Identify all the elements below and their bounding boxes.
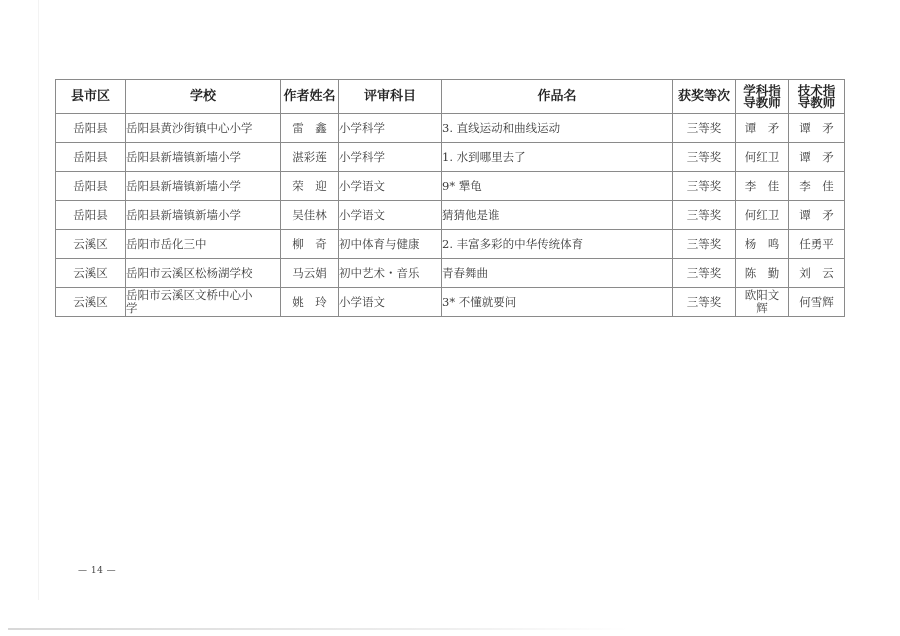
cell-author: 湛彩莲 — [281, 143, 339, 172]
header-school: 学校 — [126, 80, 281, 114]
cell-subject: 小学科学 — [339, 114, 442, 143]
header-tech-teacher: 技术指导教师 — [789, 80, 845, 114]
cell-author: 柳 奇 — [281, 230, 339, 259]
cell-author: 荣 迎 — [281, 172, 339, 201]
cell-tech-teacher: 任勇平 — [789, 230, 845, 259]
cell-work: 青春舞曲 — [442, 259, 673, 288]
cell-tech-teacher: 何雪辉 — [789, 288, 845, 317]
awards-table: 县市区 学校 作者姓名 评审科目 作品名 获奖等次 学科指导教师 技术指导教师 … — [55, 79, 845, 317]
cell-tech-teacher: 谭 矛 — [789, 114, 845, 143]
cell-tech-teacher: 谭 矛 — [789, 201, 845, 230]
cell-school: 岳阳市云溪区文桥中心小学 — [126, 288, 281, 317]
cell-author: 姚 玲 — [281, 288, 339, 317]
header-subject: 评审科目 — [339, 80, 442, 114]
header-line: 导教师 — [798, 95, 836, 110]
cell-award: 三等奖 — [673, 230, 736, 259]
header-county: 县市区 — [56, 80, 126, 114]
table-row: 岳阳县 岳阳县新墙镇新墙小学 吴佳林 小学语文 猜猜他是谁 三等奖 何红卫 谭 … — [56, 201, 845, 230]
cell-school: 岳阳县新墙镇新墙小学 — [126, 143, 281, 172]
cell-subject: 小学语文 — [339, 201, 442, 230]
header-line: 导教师 — [743, 95, 781, 110]
header-work: 作品名 — [442, 80, 673, 114]
cell-work: 3. 直线运动和曲线运动 — [442, 114, 673, 143]
cell-subject-teacher: 欧阳文辉 — [736, 288, 789, 317]
page-edge — [38, 0, 39, 600]
page-number: — 14 — — [78, 566, 116, 576]
cell-county: 岳阳县 — [56, 172, 126, 201]
cell-county: 岳阳县 — [56, 201, 126, 230]
cell-subject-teacher: 陈 勤 — [736, 259, 789, 288]
cell-work: 1. 水到哪里去了 — [442, 143, 673, 172]
cell-award: 三等奖 — [673, 201, 736, 230]
cell-author: 雷 鑫 — [281, 114, 339, 143]
table-row: 岳阳县 岳阳县新墙镇新墙小学 荣 迎 小学语文 9* 犟龟 三等奖 李 佳 李 … — [56, 172, 845, 201]
cell-work: 猜猜他是谁 — [442, 201, 673, 230]
cell-tech-teacher: 谭 矛 — [789, 143, 845, 172]
cell-line: 学 — [126, 301, 138, 315]
table-header-row: 县市区 学校 作者姓名 评审科目 作品名 获奖等次 学科指导教师 技术指导教师 — [56, 80, 845, 114]
header-subject-teacher: 学科指导教师 — [736, 80, 789, 114]
cell-subject: 初中艺术・音乐 — [339, 259, 442, 288]
cell-line: 辉 — [756, 301, 768, 315]
cell-school: 岳阳市云溪区松杨湖学校 — [126, 259, 281, 288]
cell-award: 三等奖 — [673, 172, 736, 201]
cell-award: 三等奖 — [673, 143, 736, 172]
cell-county: 云溪区 — [56, 259, 126, 288]
cell-tech-teacher: 李 佳 — [789, 172, 845, 201]
cell-award: 三等奖 — [673, 259, 736, 288]
table-row: 岳阳县 岳阳县黄沙街镇中心小学 雷 鑫 小学科学 3. 直线运动和曲线运动 三等… — [56, 114, 845, 143]
cell-county: 云溪区 — [56, 230, 126, 259]
cell-work: 2. 丰富多彩的中华传统体育 — [442, 230, 673, 259]
table-row: 云溪区 岳阳市岳化三中 柳 奇 初中体育与健康 2. 丰富多彩的中华传统体育 三… — [56, 230, 845, 259]
cell-county: 岳阳县 — [56, 114, 126, 143]
table-row: 岳阳县 岳阳县新墙镇新墙小学 湛彩莲 小学科学 1. 水到哪里去了 三等奖 何红… — [56, 143, 845, 172]
cell-subject: 小学科学 — [339, 143, 442, 172]
cell-work: 9* 犟龟 — [442, 172, 673, 201]
cell-subject-teacher: 何红卫 — [736, 201, 789, 230]
cell-line: 欧阳文 — [745, 288, 780, 302]
cell-work: 3* 不懂就要问 — [442, 288, 673, 317]
cell-tech-teacher: 刘 云 — [789, 259, 845, 288]
table-row: 云溪区 岳阳市云溪区松杨湖学校 马云娟 初中艺术・音乐 青春舞曲 三等奖 陈 勤… — [56, 259, 845, 288]
cell-award: 三等奖 — [673, 288, 736, 317]
cell-line: 岳阳市云溪区文桥中心小 — [126, 288, 253, 302]
cell-subject-teacher: 何红卫 — [736, 143, 789, 172]
cell-county: 岳阳县 — [56, 143, 126, 172]
cell-subject: 初中体育与健康 — [339, 230, 442, 259]
cell-school: 岳阳县新墙镇新墙小学 — [126, 201, 281, 230]
cell-school: 岳阳县黄沙街镇中心小学 — [126, 114, 281, 143]
cell-subject-teacher: 杨 鸣 — [736, 230, 789, 259]
cell-subject: 小学语文 — [339, 288, 442, 317]
table-row: 云溪区 岳阳市云溪区文桥中心小学 姚 玲 小学语文 3* 不懂就要问 三等奖 欧… — [56, 288, 845, 317]
cell-subject: 小学语文 — [339, 172, 442, 201]
cell-award: 三等奖 — [673, 114, 736, 143]
header-author: 作者姓名 — [281, 80, 339, 114]
cell-subject-teacher: 谭 矛 — [736, 114, 789, 143]
cell-school: 岳阳市岳化三中 — [126, 230, 281, 259]
cell-subject-teacher: 李 佳 — [736, 172, 789, 201]
cell-author: 马云娟 — [281, 259, 339, 288]
cell-county: 云溪区 — [56, 288, 126, 317]
cell-author: 吴佳林 — [281, 201, 339, 230]
header-award: 获奖等次 — [673, 80, 736, 114]
cell-school: 岳阳县新墙镇新墙小学 — [126, 172, 281, 201]
page-bottom-edge — [8, 628, 628, 630]
